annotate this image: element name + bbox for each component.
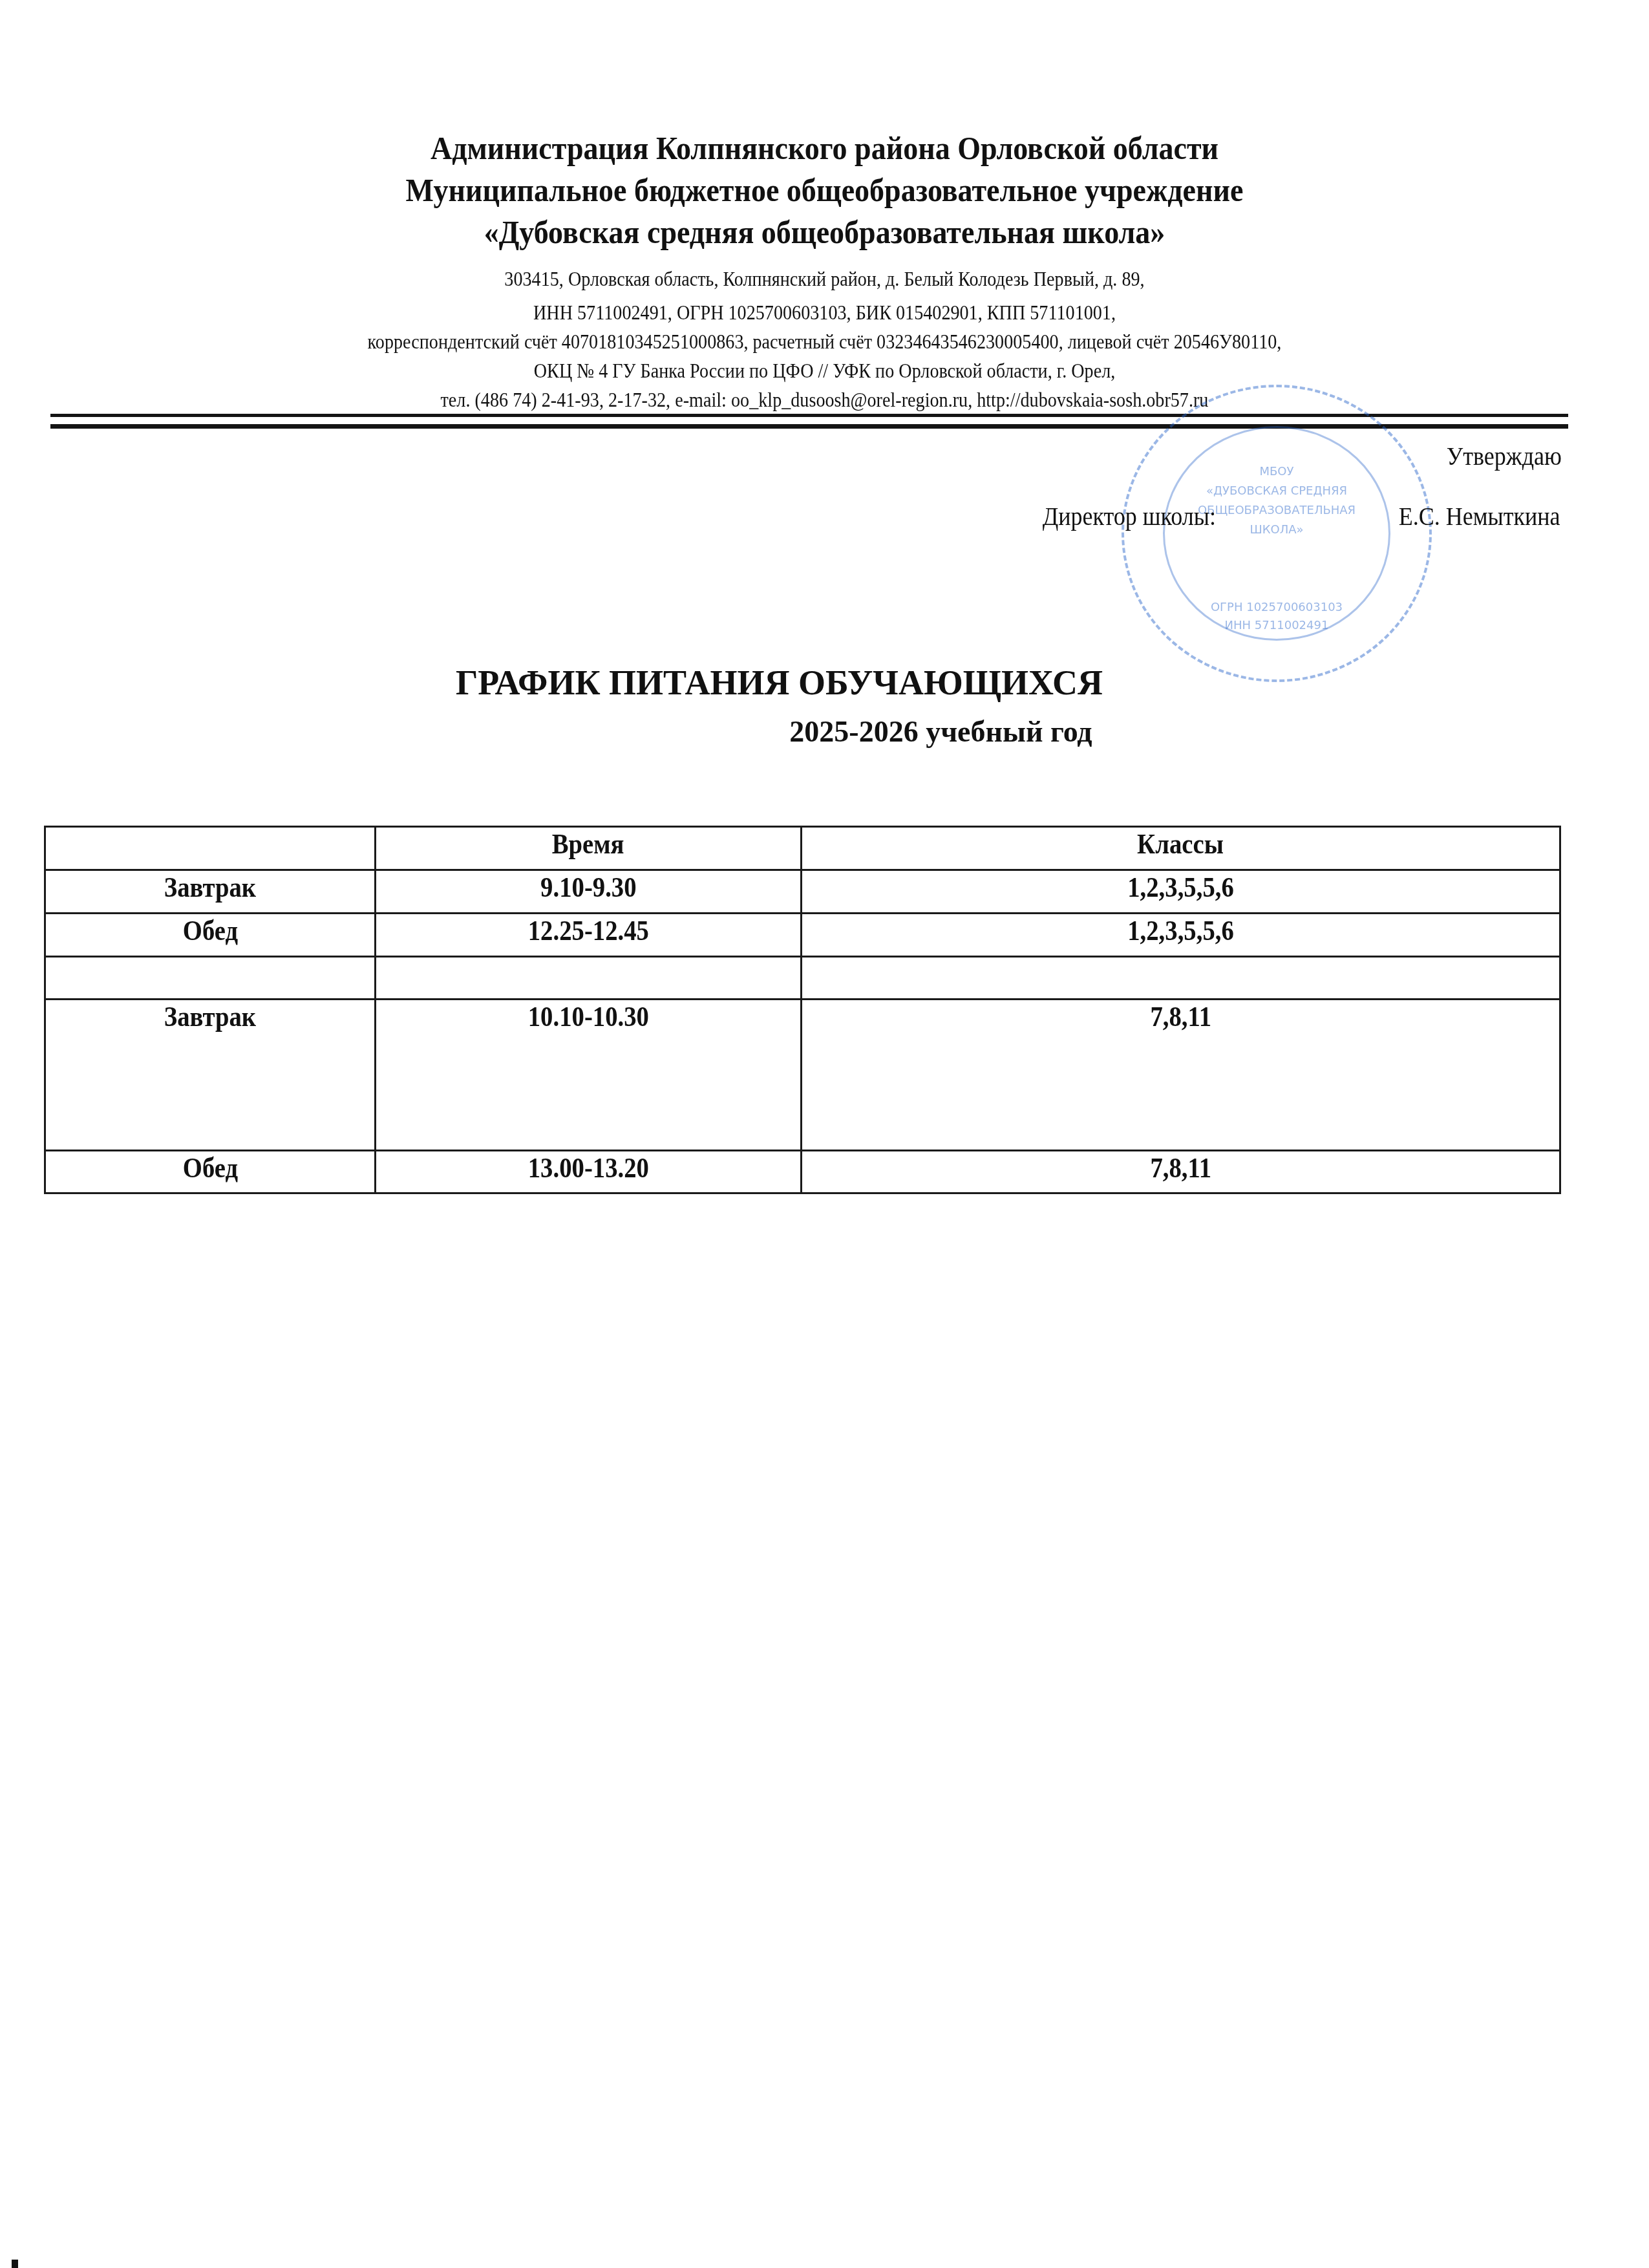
header-cell-meal [45, 827, 376, 870]
time-cell: 10.10-10.30 [376, 1000, 802, 1151]
meal-cell: Завтрак [45, 870, 376, 914]
table-row: Завтрак 10.10-10.30 7,8,11 [45, 1000, 1560, 1151]
approver-position: Директор школы: [1043, 501, 1216, 531]
time-cell: 9.10-9.30 [376, 870, 802, 914]
meal-cell [45, 957, 376, 1000]
time-cell [376, 957, 802, 1000]
stamp-text: ОГРН 1025700603103 [1124, 601, 1429, 614]
scan-artifact [12, 2260, 18, 2268]
document-title: ГРАФИК ПИТАНИЯ ОБУЧАЮЩИХСЯ [0, 663, 1649, 703]
org-line-administration: Администрация Колпнянского района Орловс… [66, 129, 1583, 167]
bank-accounts-line: корреспондентский счёт 40701810345251000… [99, 330, 1550, 354]
approver-name: Е.С. Немыткина [1398, 501, 1560, 531]
table-row: Обед 12.25-12.45 1,2,3,5,5,6 [45, 914, 1560, 957]
address-line: 303415, Орловская область, Колпнянский р… [99, 267, 1550, 291]
header-cell-time: Время [376, 827, 802, 870]
approval-label: Утверждаю [1447, 441, 1562, 471]
meal-schedule-table: Время Классы Завтрак 9.10-9.30 1,2,3,5,5… [44, 826, 1561, 1194]
stamp-text: «ДУБОВСКАЯ СРЕДНЯЯ [1124, 484, 1429, 498]
document-page: Администрация Колпнянского района Орловс… [0, 0, 1649, 2268]
classes-cell: 1,2,3,5,5,6 [802, 870, 1560, 914]
document-subtitle: 2025-2026 учебный год [0, 714, 1649, 749]
classes-cell: 7,8,11 [802, 1151, 1560, 1193]
time-cell: 12.25-12.45 [376, 914, 802, 957]
tax-ids-line: ИНН 5711002491, ОГРН 1025700603103, БИК … [99, 301, 1550, 325]
header-cell-classes: Классы [802, 827, 1560, 870]
classes-cell: 1,2,3,5,5,6 [802, 914, 1560, 957]
stamp-text: МБОУ [1124, 465, 1429, 478]
time-cell: 13.00-13.20 [376, 1151, 802, 1193]
org-line-school-name: «Дубовская средняя общеобразовательная ш… [66, 213, 1583, 251]
table-header-row: Время Классы [45, 827, 1560, 870]
stamp-text: ИНН 5711002491 [1124, 619, 1429, 632]
classes-cell [802, 957, 1560, 1000]
meal-cell: Обед [45, 1151, 376, 1193]
table-row: Завтрак 9.10-9.30 1,2,3,5,5,6 [45, 870, 1560, 914]
meal-cell: Обед [45, 914, 376, 957]
meal-cell: Завтрак [45, 1000, 376, 1151]
table-row: Обед 13.00-13.20 7,8,11 [45, 1151, 1560, 1193]
bank-name-line: ОКЦ № 4 ГУ Банка России по ЦФО // УФК по… [99, 359, 1550, 383]
table-row-empty [45, 957, 1560, 1000]
school-stamp: МБОУ «ДУБОВСКАЯ СРЕДНЯЯ ОБЩЕОБРАЗОВАТЕЛЬ… [1122, 385, 1432, 682]
org-line-institution-type: Муниципальное бюджетное общеобразователь… [66, 171, 1583, 209]
classes-cell: 7,8,11 [802, 1000, 1560, 1151]
